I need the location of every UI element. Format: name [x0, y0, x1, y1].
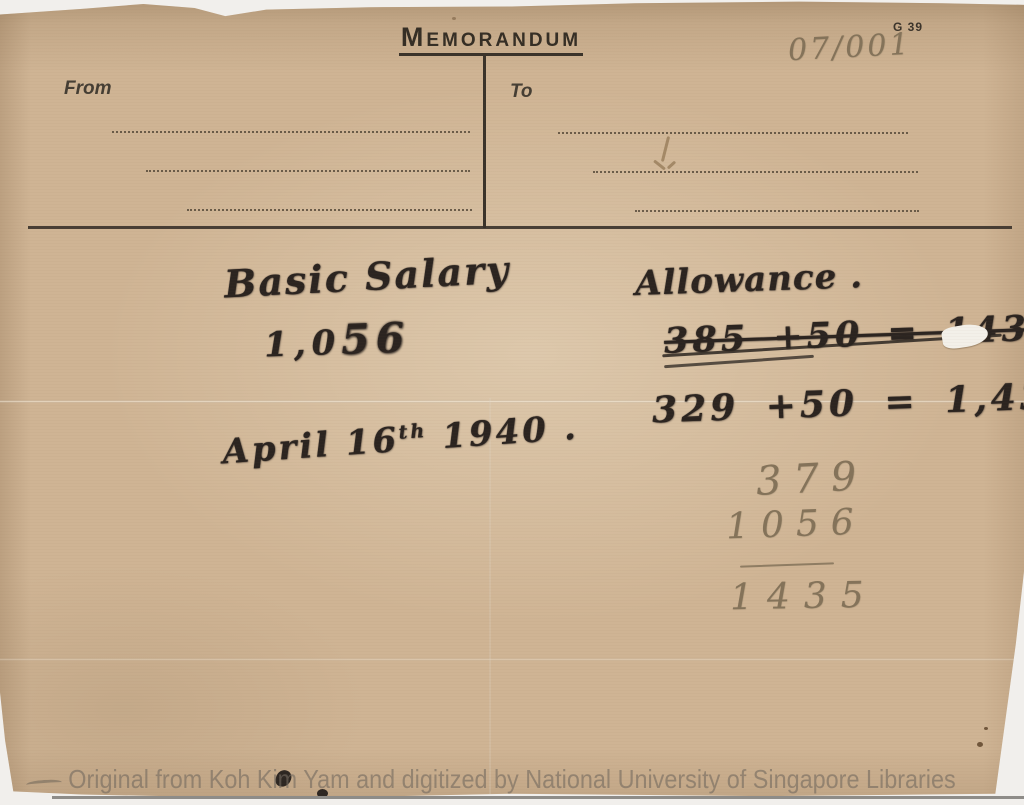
- from-dotted-line-2: [146, 170, 470, 172]
- fold-crease-horizontal-lower: [0, 658, 1024, 661]
- scan-edge-shadow-line: [52, 796, 1024, 799]
- form-code: G 39: [893, 20, 923, 34]
- handwritten-salary-value: 1,056: [263, 313, 411, 366]
- to-dotted-line-1: [558, 132, 908, 134]
- handwritten-date: April 16th 1940 .: [221, 408, 580, 473]
- fold-crease-horizontal: [0, 400, 1024, 403]
- fold-crease-vertical: [489, 398, 491, 798]
- memo-title: Memorandum: [396, 22, 586, 53]
- handwritten-salary-label: Basic Salary: [223, 247, 511, 307]
- pencil-sum-total: 1435: [730, 575, 878, 619]
- salary-value-prefix: 1,0: [263, 323, 342, 366]
- paper-speck-3: [452, 17, 456, 20]
- handwritten-allowance-label: Allowance .: [634, 256, 863, 304]
- extra-strike-line: [662, 334, 1002, 358]
- to-label: To: [510, 81, 533, 103]
- center-divider-line: [483, 54, 486, 228]
- paper-speck-2: [984, 727, 988, 730]
- handwritten-revised-calculation: 329 +50 = 1,435: [651, 375, 1024, 432]
- handwritten-crossed-out-calculation: 385 +50 = 1435: [663, 307, 1024, 362]
- from-dotted-line-3: [187, 209, 472, 211]
- header-bottom-rule: [28, 226, 1012, 229]
- date-year: 1940 .: [441, 408, 580, 457]
- date-ordinal: th: [398, 420, 428, 444]
- pencil-reference-number: 07/001: [787, 27, 912, 68]
- pencil-sum-line: [740, 562, 834, 567]
- from-label: From: [64, 78, 112, 100]
- to-dotted-line-2: [593, 171, 918, 173]
- salary-value-emphasis: 56: [340, 313, 411, 363]
- pencil-addend-2: 1056: [725, 502, 866, 548]
- paper-tear-patch: [941, 322, 990, 351]
- scanned-memorandum-page: Memorandum G 39 From To Basic Salary 1,0…: [0, 0, 1024, 805]
- from-dotted-line-1: [112, 131, 470, 133]
- tear-crease-mark: [650, 136, 680, 176]
- pencil-addend-1: 379: [755, 453, 870, 505]
- digitization-watermark: Original from Koh Kim Yam and digitized …: [51, 764, 973, 795]
- title-underline: [399, 53, 583, 56]
- extra-strike-underline: [664, 355, 814, 368]
- date-day: April 16: [221, 420, 400, 472]
- paper-speck-1: [977, 742, 983, 747]
- paper-sheet: Memorandum G 39 From To Basic Salary 1,0…: [0, 0, 1024, 805]
- to-dotted-line-3: [635, 210, 919, 212]
